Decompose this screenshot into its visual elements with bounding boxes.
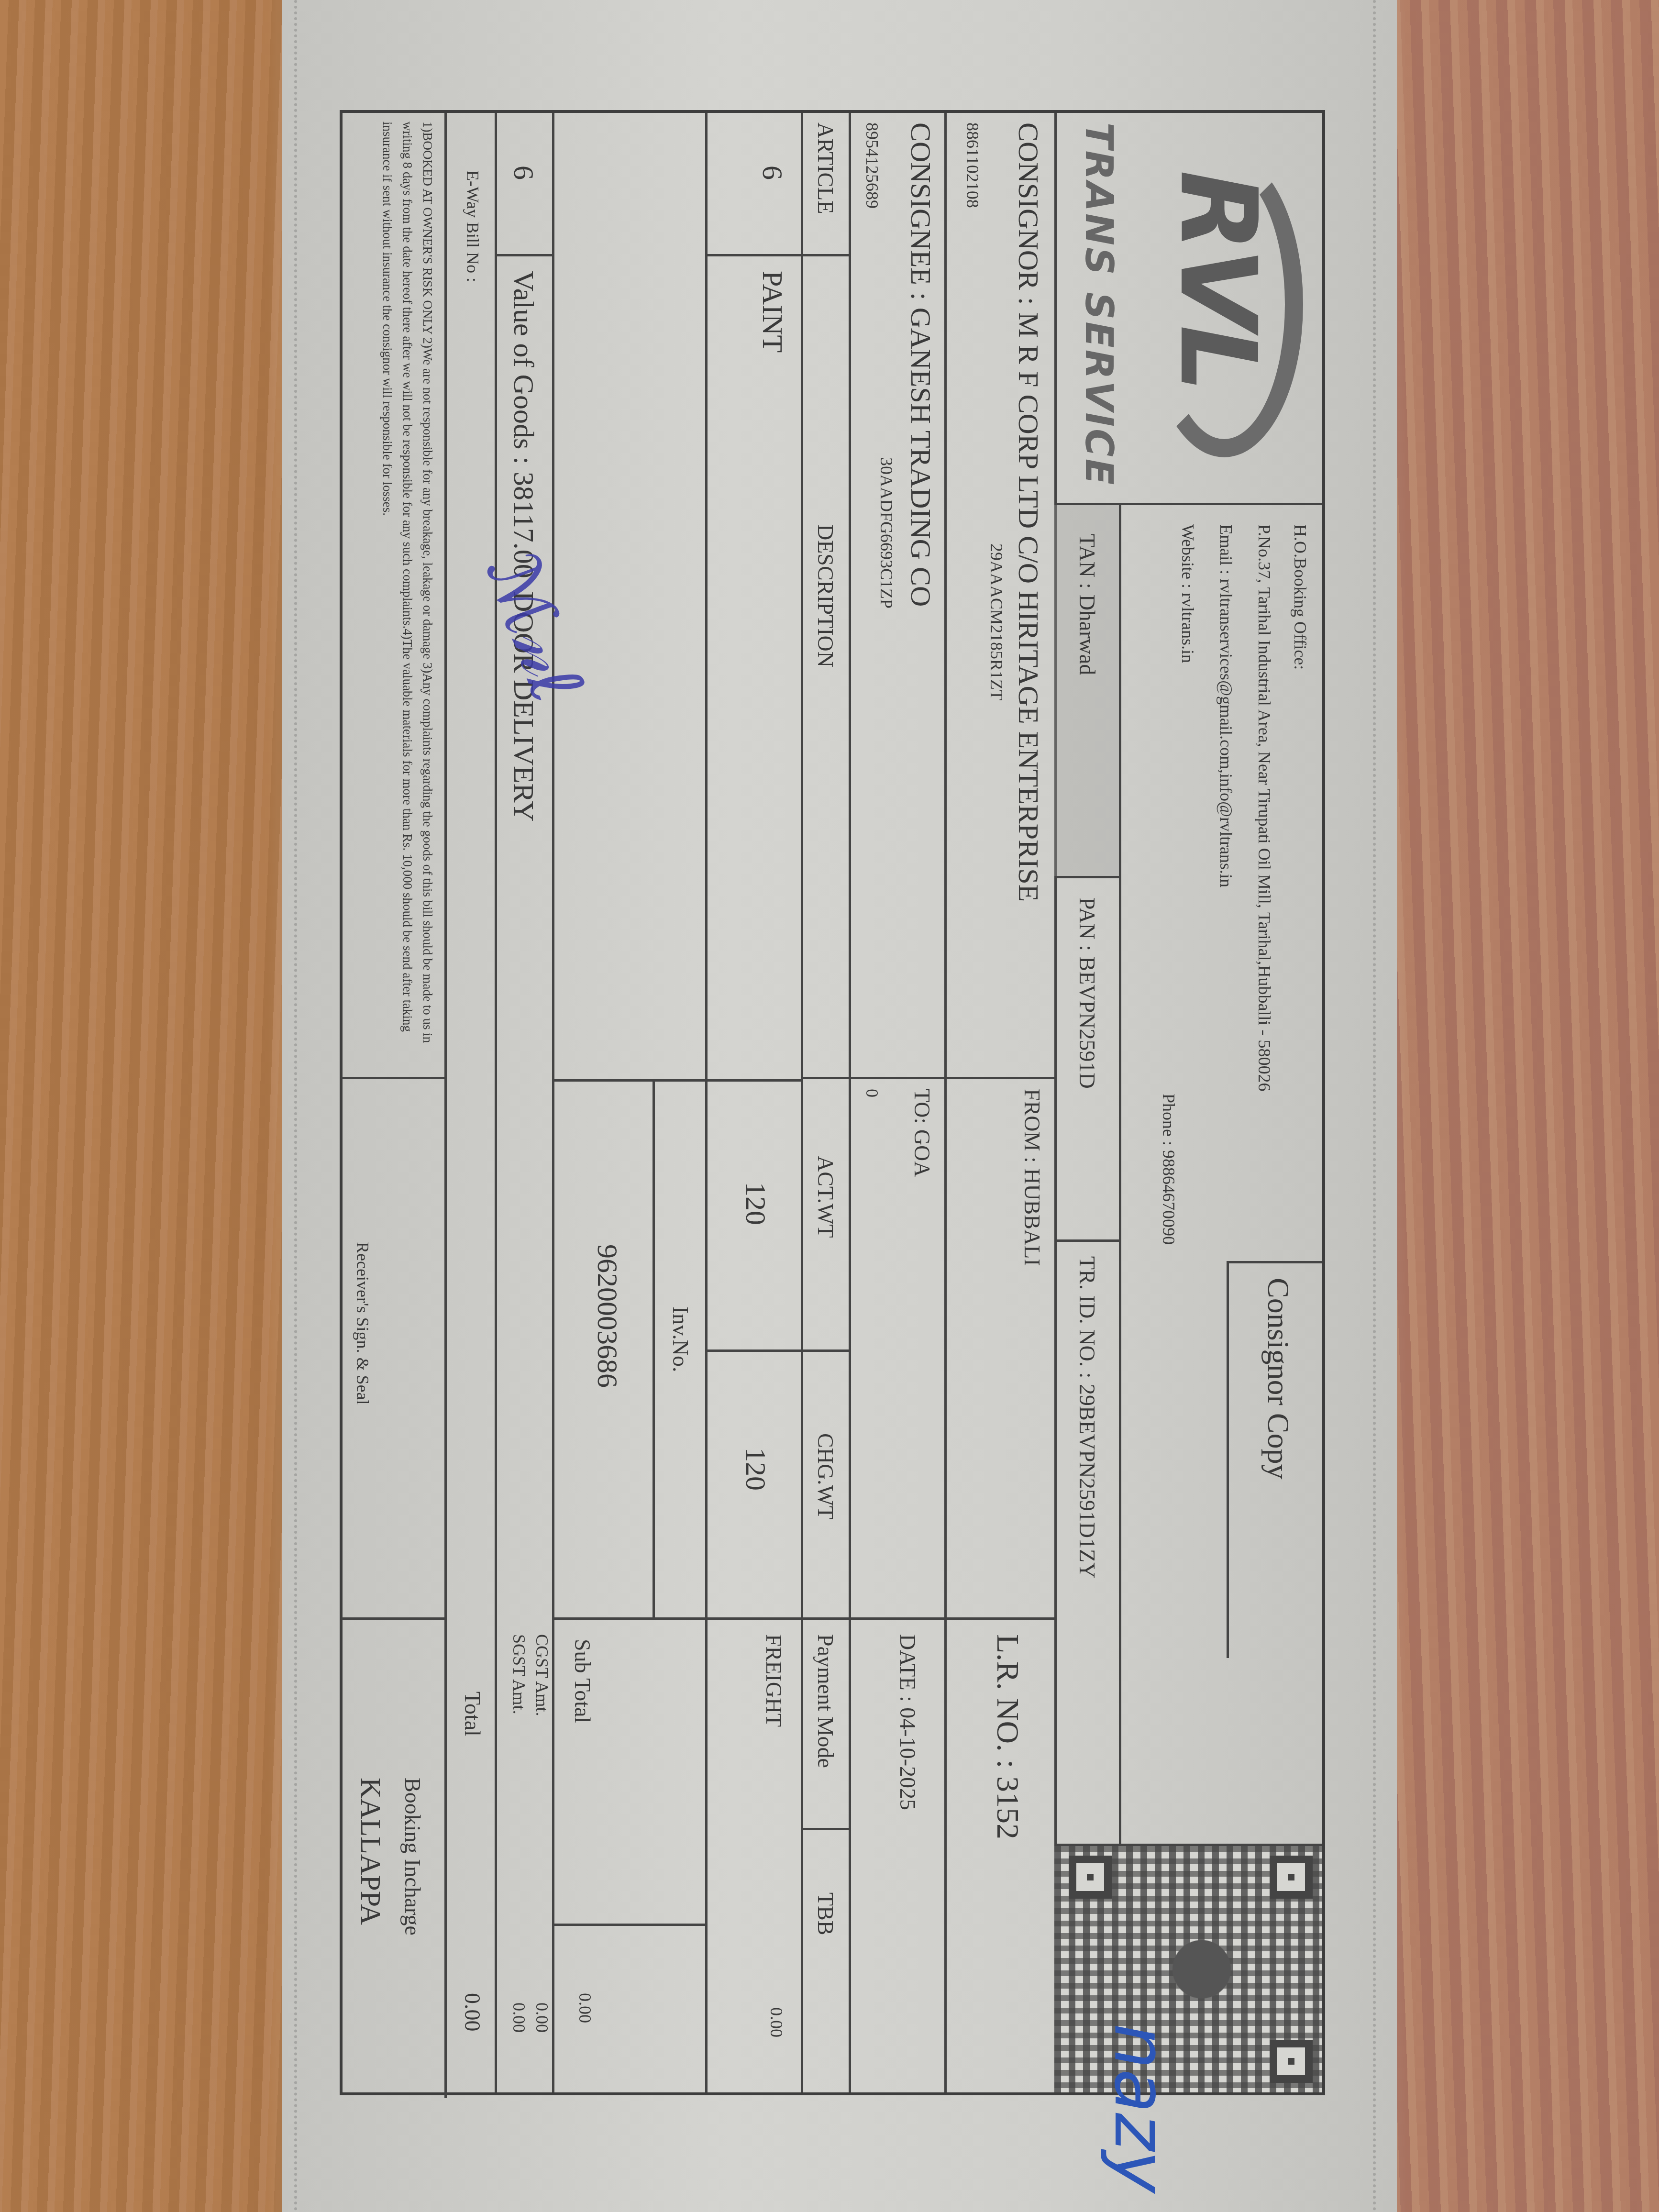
- qr-finder-icon: [1069, 1856, 1112, 1899]
- handwritten-note: nazy: [1098, 2024, 1182, 2193]
- total-value: 0.00: [460, 1993, 485, 2032]
- goods-data-row: 6 PAINT 120 120 FREIGHT 0.00: [705, 113, 801, 2092]
- sgst-value: 0.00: [509, 2002, 529, 2033]
- tax-ids-row: TAN : Dharwad PAN : BEVPN2591D TR. ID. N…: [1054, 505, 1121, 1849]
- company-logo: RVL TRANS SERVICE: [1054, 113, 1322, 505]
- cgst-label: CGST Amt.: [532, 1634, 552, 1716]
- receiver-sign-label: Receiver's Sign. & Seal: [353, 1242, 373, 1405]
- invoice-row: Inv.No. 9620003686 Sub Total 0.00: [552, 113, 705, 2092]
- booking-incharge-name: KALLAPPA: [354, 1778, 387, 1925]
- freight-label: FREIGHT: [761, 1634, 786, 1727]
- consignee-name: CONSIGNEE : GANESH TRADING CO: [904, 122, 937, 607]
- qr-code: [1054, 1844, 1322, 2092]
- perforation-left: [294, 0, 297, 2212]
- consignor-row: CONSIGNOR : M R F CORP LTD C/O HIRITAGE …: [944, 113, 1054, 2092]
- invoice-label: Inv.No.: [668, 1306, 693, 1372]
- logo-text: RVL: [1157, 170, 1279, 388]
- consignee-phone: 8954125689: [862, 122, 882, 209]
- charged-weight-value: 120: [739, 1448, 772, 1491]
- eway-row: E-Way Bill No : Total 0.00: [447, 113, 495, 2092]
- charged-weight-header: CHG.WT: [813, 1433, 838, 1519]
- consignee-gstin: 30AADFG6693C1ZP: [876, 457, 896, 608]
- subtotal-cell: Sub Total: [554, 1620, 705, 1926]
- article-count: 6: [507, 166, 540, 180]
- payment-mode-label: Payment Mode: [813, 1634, 838, 1768]
- consignor-phone: 8861102108: [962, 122, 983, 208]
- cgst-value: 0.00: [532, 2002, 552, 2033]
- consignor-gstin: 29AAACM2185R1ZT: [986, 543, 1006, 700]
- qr-finder-icon: [1270, 1856, 1313, 1899]
- invoice-number: 9620003686: [591, 1244, 624, 1388]
- tr-id: TR. ID. NO. : 29BEVPN2591D1ZY: [1074, 1256, 1100, 1578]
- qr-finder-icon: [1270, 2040, 1313, 2083]
- route-extra-value: 0: [862, 1089, 882, 1097]
- actual-weight-header: ACT.WT: [813, 1156, 838, 1238]
- tan-cell: TAN : Dharwad: [1054, 505, 1119, 878]
- to-cell: TO: GOA 0: [851, 1079, 944, 1620]
- article-value: 6: [756, 166, 789, 180]
- article-header: ARTICLE: [813, 122, 838, 214]
- actual-weight-value: 120: [739, 1182, 772, 1225]
- from-city: FROM : HUBBALI: [1019, 1089, 1045, 1266]
- consignee-cell: CONSIGNEE : GANESH TRADING CO 8954125689…: [851, 113, 944, 1079]
- value-of-goods: Value of Goods : 38117.00: [507, 271, 540, 578]
- lr-number: L.R. NO. : 3152: [989, 1634, 1026, 1839]
- office-heading: H.O.Booking Office:: [1290, 524, 1310, 670]
- booking-incharge-box: Booking Incharge KALLAPPA: [342, 1620, 447, 2098]
- goods-header-row: ARTICLE DESCRIPTION ACT.WT CHG.WT Paymen…: [801, 113, 849, 2092]
- pan-cell: PAN : BEVPN2591D: [1054, 878, 1119, 1242]
- consignor-cell: CONSIGNOR : M R F CORP LTD C/O HIRITAGE …: [947, 113, 1054, 1079]
- description-value: PAINT: [756, 271, 789, 353]
- consignee-row: CONSIGNEE : GANESH TRADING CO 8954125689…: [849, 113, 944, 2092]
- from-cell: FROM : HUBBALI: [947, 1079, 1054, 1620]
- lr-date: DATE : 04-10-2025: [895, 1634, 920, 1810]
- company-phone: Phone : 98864670090: [1159, 1094, 1179, 1245]
- copy-label-box: Consignor Copy: [1227, 1261, 1322, 1658]
- wooden-table-left: [0, 0, 282, 2212]
- company-email: Email : rvltranservices@gmail.com,info@r…: [1216, 524, 1236, 887]
- invoice-cell: Inv.No. 9620003686: [554, 1079, 705, 1620]
- terms-text: 1)BOOKED AT OWNER'S RISK ONLY 2)We are n…: [377, 122, 438, 1068]
- terms-box: 1)BOOKED AT OWNER'S RISK ONLY 2)We are n…: [342, 113, 447, 1079]
- receiver-sign-box: Receiver's Sign. & Seal: [342, 1079, 447, 1620]
- eway-bill-label: E-Way Bill No :: [463, 170, 483, 282]
- header-band: RVL TRANS SERVICE H.O.Booking Office: P.…: [1054, 113, 1322, 2092]
- booking-incharge-label: Booking Incharge: [400, 1778, 425, 1935]
- logo-subtitle: TRANS SERVICE: [1077, 122, 1121, 487]
- subtotal-value: 0.00: [575, 1993, 595, 2023]
- total-label: Total: [460, 1692, 485, 1736]
- copy-label: Consignor Copy: [1261, 1278, 1296, 1479]
- perforation-right: [1373, 0, 1376, 2212]
- sgst-label: SGST Amt.: [509, 1634, 529, 1714]
- wooden-table-right: [1391, 0, 1659, 2212]
- freight-value: 0.00: [766, 2007, 786, 2037]
- summary-row: 6 Value of Goods : 38117.00 DOOR DELIVER…: [495, 113, 552, 2092]
- payment-mode-value: TBB: [813, 1892, 838, 1935]
- subtotal-label: Sub Total: [570, 1639, 595, 1723]
- company-address: P.No.37, Tarihal Industrial Area, Near T…: [1254, 524, 1274, 1092]
- company-website: Website : rvltrans.in: [1178, 524, 1198, 663]
- lorry-receipt-form: RVL TRANS SERVICE H.O.Booking Office: P.…: [340, 110, 1325, 2095]
- to-city: TO: GOA: [909, 1089, 935, 1177]
- consignor-name: CONSIGNOR : M R F CORP LTD C/O HIRITAGE …: [1012, 122, 1045, 902]
- description-header: DESCRIPTION: [813, 524, 838, 667]
